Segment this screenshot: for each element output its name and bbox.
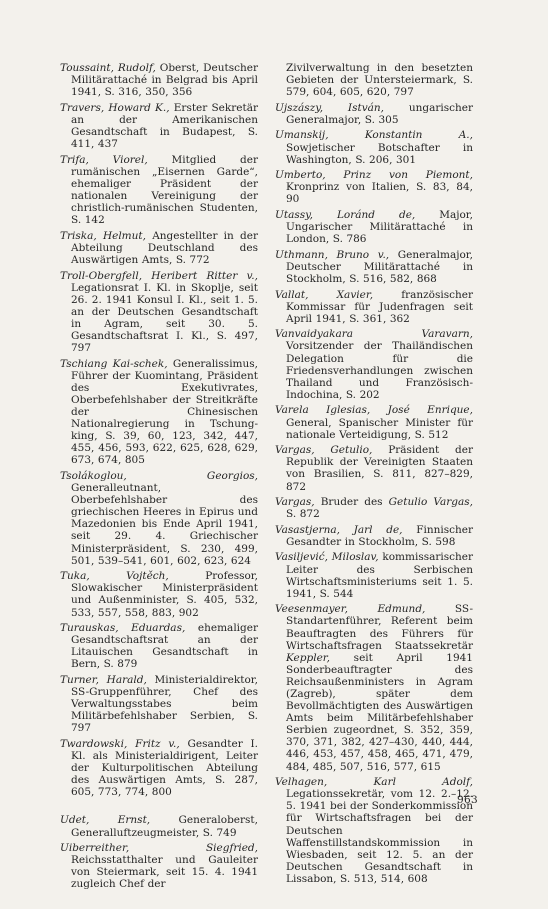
person-name: Tsolákoglou, Georgios, [60,470,258,482]
index-entry: Utassy, Loránd de, Major, Ungarischer Mi… [275,209,473,245]
index-entry: Turauskas, Eduardas, ehemaliger Gesandts… [60,622,258,670]
entry-text: Reichsstatthalter und Gauleiter von Stei… [71,854,258,890]
person-name: Toussaint, Rudolf, [60,62,156,74]
entry-text: Generalleutnant, Oberbefehlshaber des gr… [71,482,258,567]
person-name: Tschiang Kai-schek, [60,358,168,370]
person-name: Velhagen, Karl Adolf, [275,776,473,788]
person-name: Vargas, [275,496,315,508]
person-name: Vanvaidyakara Varavarn, [275,328,473,340]
index-entry: Umanskij, Konstantin A., Sowjetischer Bo… [275,129,473,165]
person-name: Turner, Harald, [60,674,147,686]
index-entry: Tsolákoglou, Georgios, Generalleutnant, … [60,470,258,567]
person-name: Vargas, Getulio, [275,444,372,456]
page-number: 963 [275,794,478,806]
index-entry: Travers, Howard K., Erster Sekretär an d… [60,102,258,150]
entry-text: Sowjetischer Botschafter in Washington, … [286,142,473,166]
index-entry: Turner, Harald, Ministerialdirektor, SS-… [60,674,258,734]
entry-text: seit April 1941 Sonderbeauftragter des R… [286,652,473,773]
index-entry: Udet, Ernst, Generaloberst, Generalluftz… [60,814,258,838]
index-entry: Troll-Obergfell, Heribert Ritter v., Leg… [60,270,258,355]
person-name: Getulio Vargas, [389,496,473,508]
entry-text: Kronprinz von Italien, S. 83, 84, 90 [286,181,473,205]
index-entry-continuation: Zivilverwaltung in den besetzten Gebiete… [275,62,473,98]
entry-text: S. 872 [286,508,320,520]
index-entry: Vallat, Xavier, französischer Kommissar … [275,289,473,325]
index-entry: Vargas, Getulio, Präsident der Republik … [275,444,473,492]
entry-text: Vorsitzender der Thailändischen Delegati… [286,340,473,400]
index-entry: Tschiang Kai-schek, Generalissimus, Führ… [60,358,258,467]
person-name: Vasastjerna, Jarl de, [275,524,403,536]
index-entry: Uiberreither, Siegfried, Reichsstatthalt… [60,842,258,890]
entry-text: Zivilverwaltung in den besetzten Gebiete… [286,62,473,98]
index-entry: Veesenmayer, Edmund, SS-Standartenführer… [275,603,473,772]
person-name: Uiberreither, Siegfried, [60,842,258,854]
index-entry: Vasiljević, Miloslav, kommissarischer Le… [275,551,473,599]
person-name: Vasiljević, Miloslav, [275,551,379,563]
entry-text: Bruder des [315,496,389,508]
person-name: Umanskij, Konstantin A., [275,129,473,141]
entry-text: Generalissimus, Führer der Kuomintang, P… [71,358,258,467]
index-entry: Velhagen, Karl Adolf, Legationssekretär,… [275,776,473,885]
person-name: Troll-Obergfell, Heribert Ritter v., [60,270,258,282]
index-entry: Ujszászy, István, ungarischer Generalmaj… [275,102,473,126]
index-entry: Umberto, Prinz von Piemont, Kronprinz vo… [275,169,473,205]
index-entry: Triska, Helmut, Angestellter in der Abte… [60,230,258,266]
index-entry: Vanvaidyakara Varavarn, Vorsitzender der… [275,328,473,401]
book-page: Toussaint, Rudolf, Oberst, Deutscher Mil… [0,0,548,909]
person-name: Turauskas, Eduardas, [60,622,185,634]
person-name: Varela Iglesias, José Enrique, [275,404,473,416]
index-entry: Vasastjerna, Jarl de, Finnischer Gesandt… [275,524,473,548]
person-name: Trifa, Viorel, [60,154,148,166]
index-column-right: Zivilverwaltung in den besetzten Gebiete… [275,62,473,885]
index-column-left: Toussaint, Rudolf, Oberst, Deutscher Mil… [60,62,258,891]
person-name: Uthmann, Bruno v., [275,249,389,261]
person-name: Udet, Ernst, [60,814,150,826]
person-name: Umberto, Prinz von Piemont, [275,169,473,181]
person-name: Keppler, [286,652,330,664]
index-entry: Varela Iglesias, José Enrique, General, … [275,404,473,440]
index-entry: Twardowski, Fritz v., Gesandter I. Kl. a… [60,738,258,798]
person-name: Utassy, Loránd de, [275,209,415,221]
person-name: Triska, Helmut, [60,230,146,242]
person-name: Veesenmayer, Edmund, [275,603,425,615]
person-name: Vallat, Xavier, [275,289,373,301]
person-name: Tuka, Vojtěch, [60,570,169,582]
person-name: Ujszászy, István, [275,102,384,114]
index-entry: Tuka, Vojtěch, Professor, Slowakischer M… [60,570,258,618]
entry-text: General, Spanischer Minister für nationa… [286,417,473,441]
index-entry: Toussaint, Rudolf, Oberst, Deutscher Mil… [60,62,258,98]
person-name: Travers, Howard K., [60,102,170,114]
index-entry: Vargas, Bruder des Getulio Vargas, S. 87… [275,496,473,520]
entry-text: Legationsrat I. Kl. in Skoplje, seit 26.… [71,282,258,354]
index-entry: Uthmann, Bruno v., Generalmajor, Deutsch… [275,249,473,285]
person-name: Twardowski, Fritz v., [60,738,180,750]
index-entry: Trifa, Viorel, Mitglied der rumänischen … [60,154,258,227]
